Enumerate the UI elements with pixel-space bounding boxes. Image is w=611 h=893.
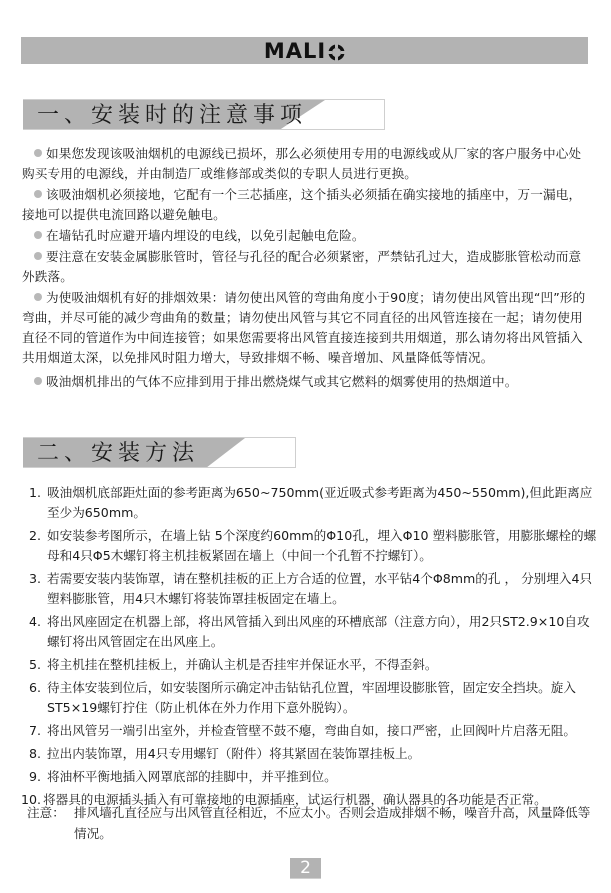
bullet-dot-icon: [34, 252, 42, 260]
step-text: 将出风管另一端引出室外，并检查管壁不鼓不瘪，弯曲自如，接口严密，止回阀叶片启落无…: [43, 721, 597, 741]
step-item: 1. 吸油烟机底部距灶面的参考距离为650~750mm(亚近吸式参考距离为450…: [29, 483, 597, 523]
step-text: 将油杯平衡地插入网罩底部的挂脚中，并平推到位。: [43, 767, 597, 787]
brand-banner: MALI: [21, 37, 588, 64]
step-item: 8. 拉出内装饰罩，用4只专用螺钉（附件）将其紧固在装饰罩挂板上。: [29, 744, 597, 764]
step-item: 2. 如安装参考图所示，在墙上钻 5个深度约60mm的Φ10孔，埋入Φ10 塑料…: [29, 526, 597, 566]
step-number: 9.: [29, 767, 43, 787]
brand-logo: MALI: [264, 39, 345, 63]
step-text: 若需要安装内装饰罩，请在整机挂板的正上方合适的位置，水平钻4个Φ8mm的孔 ， …: [43, 569, 597, 609]
bullet-paragraph: 吸油烟机排出的气体不应排到用于排出燃烧煤气或其它燃料的烟雾使用的热烟道中。: [22, 372, 592, 392]
bullet-paragraph: 要注意在安装金属膨胀管时，管径与孔径的配合必须紧密，严禁钻孔过大，造成膨胀管松动…: [22, 247, 592, 287]
note-text: 排风墙孔直径应与出风管直径相近，不应太小。否则会造成排烟不畅，噪音升高，风量降低…: [70, 802, 595, 844]
step-number: 4.: [29, 612, 43, 652]
step-item: 4. 将出风座固定在机器上部，将出风管插入到出风座的环槽底部（注意方向），用2只…: [29, 612, 597, 652]
step-number: 1.: [29, 483, 43, 523]
step-text: 将出风座固定在机器上部，将出风管插入到出风座的环槽底部（注意方向），用2只ST2…: [43, 612, 597, 652]
step-text: 将主机挂在整机挂板上，并确认主机是否挂牢并保证水平，不得歪斜。: [43, 655, 597, 675]
step-item: 3. 若需要安装内装饰罩，请在整机挂板的正上方合适的位置，水平钻4个Φ8mm的孔…: [29, 569, 597, 609]
step-item: 9. 将油杯平衡地插入网罩底部的挂脚中，并平推到位。: [29, 767, 597, 787]
brand-o-logo-icon: [328, 42, 345, 59]
step-item: 6. 待主体安装到位后，如安装图所示确定冲击钻钻孔位置，牢固埋设膨胀管，固定安全…: [29, 678, 597, 718]
section-heading-installation: 二、安装方法: [23, 437, 296, 468]
bullet-dot-icon: [34, 231, 42, 239]
step-item: 5. 将主机挂在整机挂板上，并确认主机是否挂牢并保证水平，不得歪斜。: [29, 655, 597, 675]
step-number: 6.: [29, 678, 43, 718]
bullet-paragraph: 为使吸油烟机有好的排烟效果：请勿使出风管的弯曲角度小于90度；请勿使出风管出现“…: [22, 288, 592, 368]
bullet-dot-icon: [34, 377, 42, 385]
step-number: 7.: [29, 721, 43, 741]
step-text: 如安装参考图所示，在墙上钻 5个深度约60mm的Φ10孔，埋入Φ10 塑料膨胀管…: [43, 526, 597, 566]
step-text: 拉出内装饰罩，用4只专用螺钉（附件）将其紧固在装饰罩挂板上。: [43, 744, 597, 764]
section-heading-precautions: 一、安装时的注意事项: [23, 99, 385, 130]
section-title: 二、安装方法: [37, 439, 199, 468]
note-label: 注意：: [27, 802, 70, 844]
step-number: 3.: [29, 569, 43, 609]
brand-name: MALI: [264, 39, 326, 63]
step-number: 5.: [29, 655, 43, 675]
installation-steps-list: 1. 吸油烟机底部距灶面的参考距离为650~750mm(亚近吸式参考距离为450…: [29, 483, 597, 813]
step-text: 吸油烟机底部距灶面的参考距离为650~750mm(亚近吸式参考距离为450~55…: [43, 483, 597, 523]
step-item: 7. 将出风管另一端引出室外，并检查管壁不鼓不瘪，弯曲自如，接口严密，止回阀叶片…: [29, 721, 597, 741]
bullet-dot-icon: [34, 149, 42, 157]
bullet-dot-icon: [34, 293, 42, 301]
step-number: 8.: [29, 744, 43, 764]
bullet-paragraph: 如果您发现该吸油烟机的电源线已损坏，那么必须使用专用的电源线或从厂家的客户服务中…: [22, 144, 592, 184]
bullet-paragraph: 该吸油烟机必须接地，它配有一个三芯插座，这个插头必须插在确实接地的插座中，万一漏…: [22, 185, 592, 225]
step-text: 待主体安装到位后，如安装图所示确定冲击钻钻孔位置，牢固埋设膨胀管，固定安全挡块。…: [43, 678, 597, 718]
section-title: 一、安装时的注意事项: [37, 101, 307, 130]
bullet-dot-icon: [34, 190, 42, 198]
page-number: 2: [290, 858, 321, 879]
bullet-paragraph: 在墙钻孔时应避开墙内埋设的电线，以免引起触电危险。: [22, 226, 592, 246]
step-number: 2.: [29, 526, 43, 566]
installation-note: 注意： 排风墙孔直径应与出风管直径相近，不应太小。否则会造成排烟不畅，噪音升高，…: [27, 802, 595, 844]
